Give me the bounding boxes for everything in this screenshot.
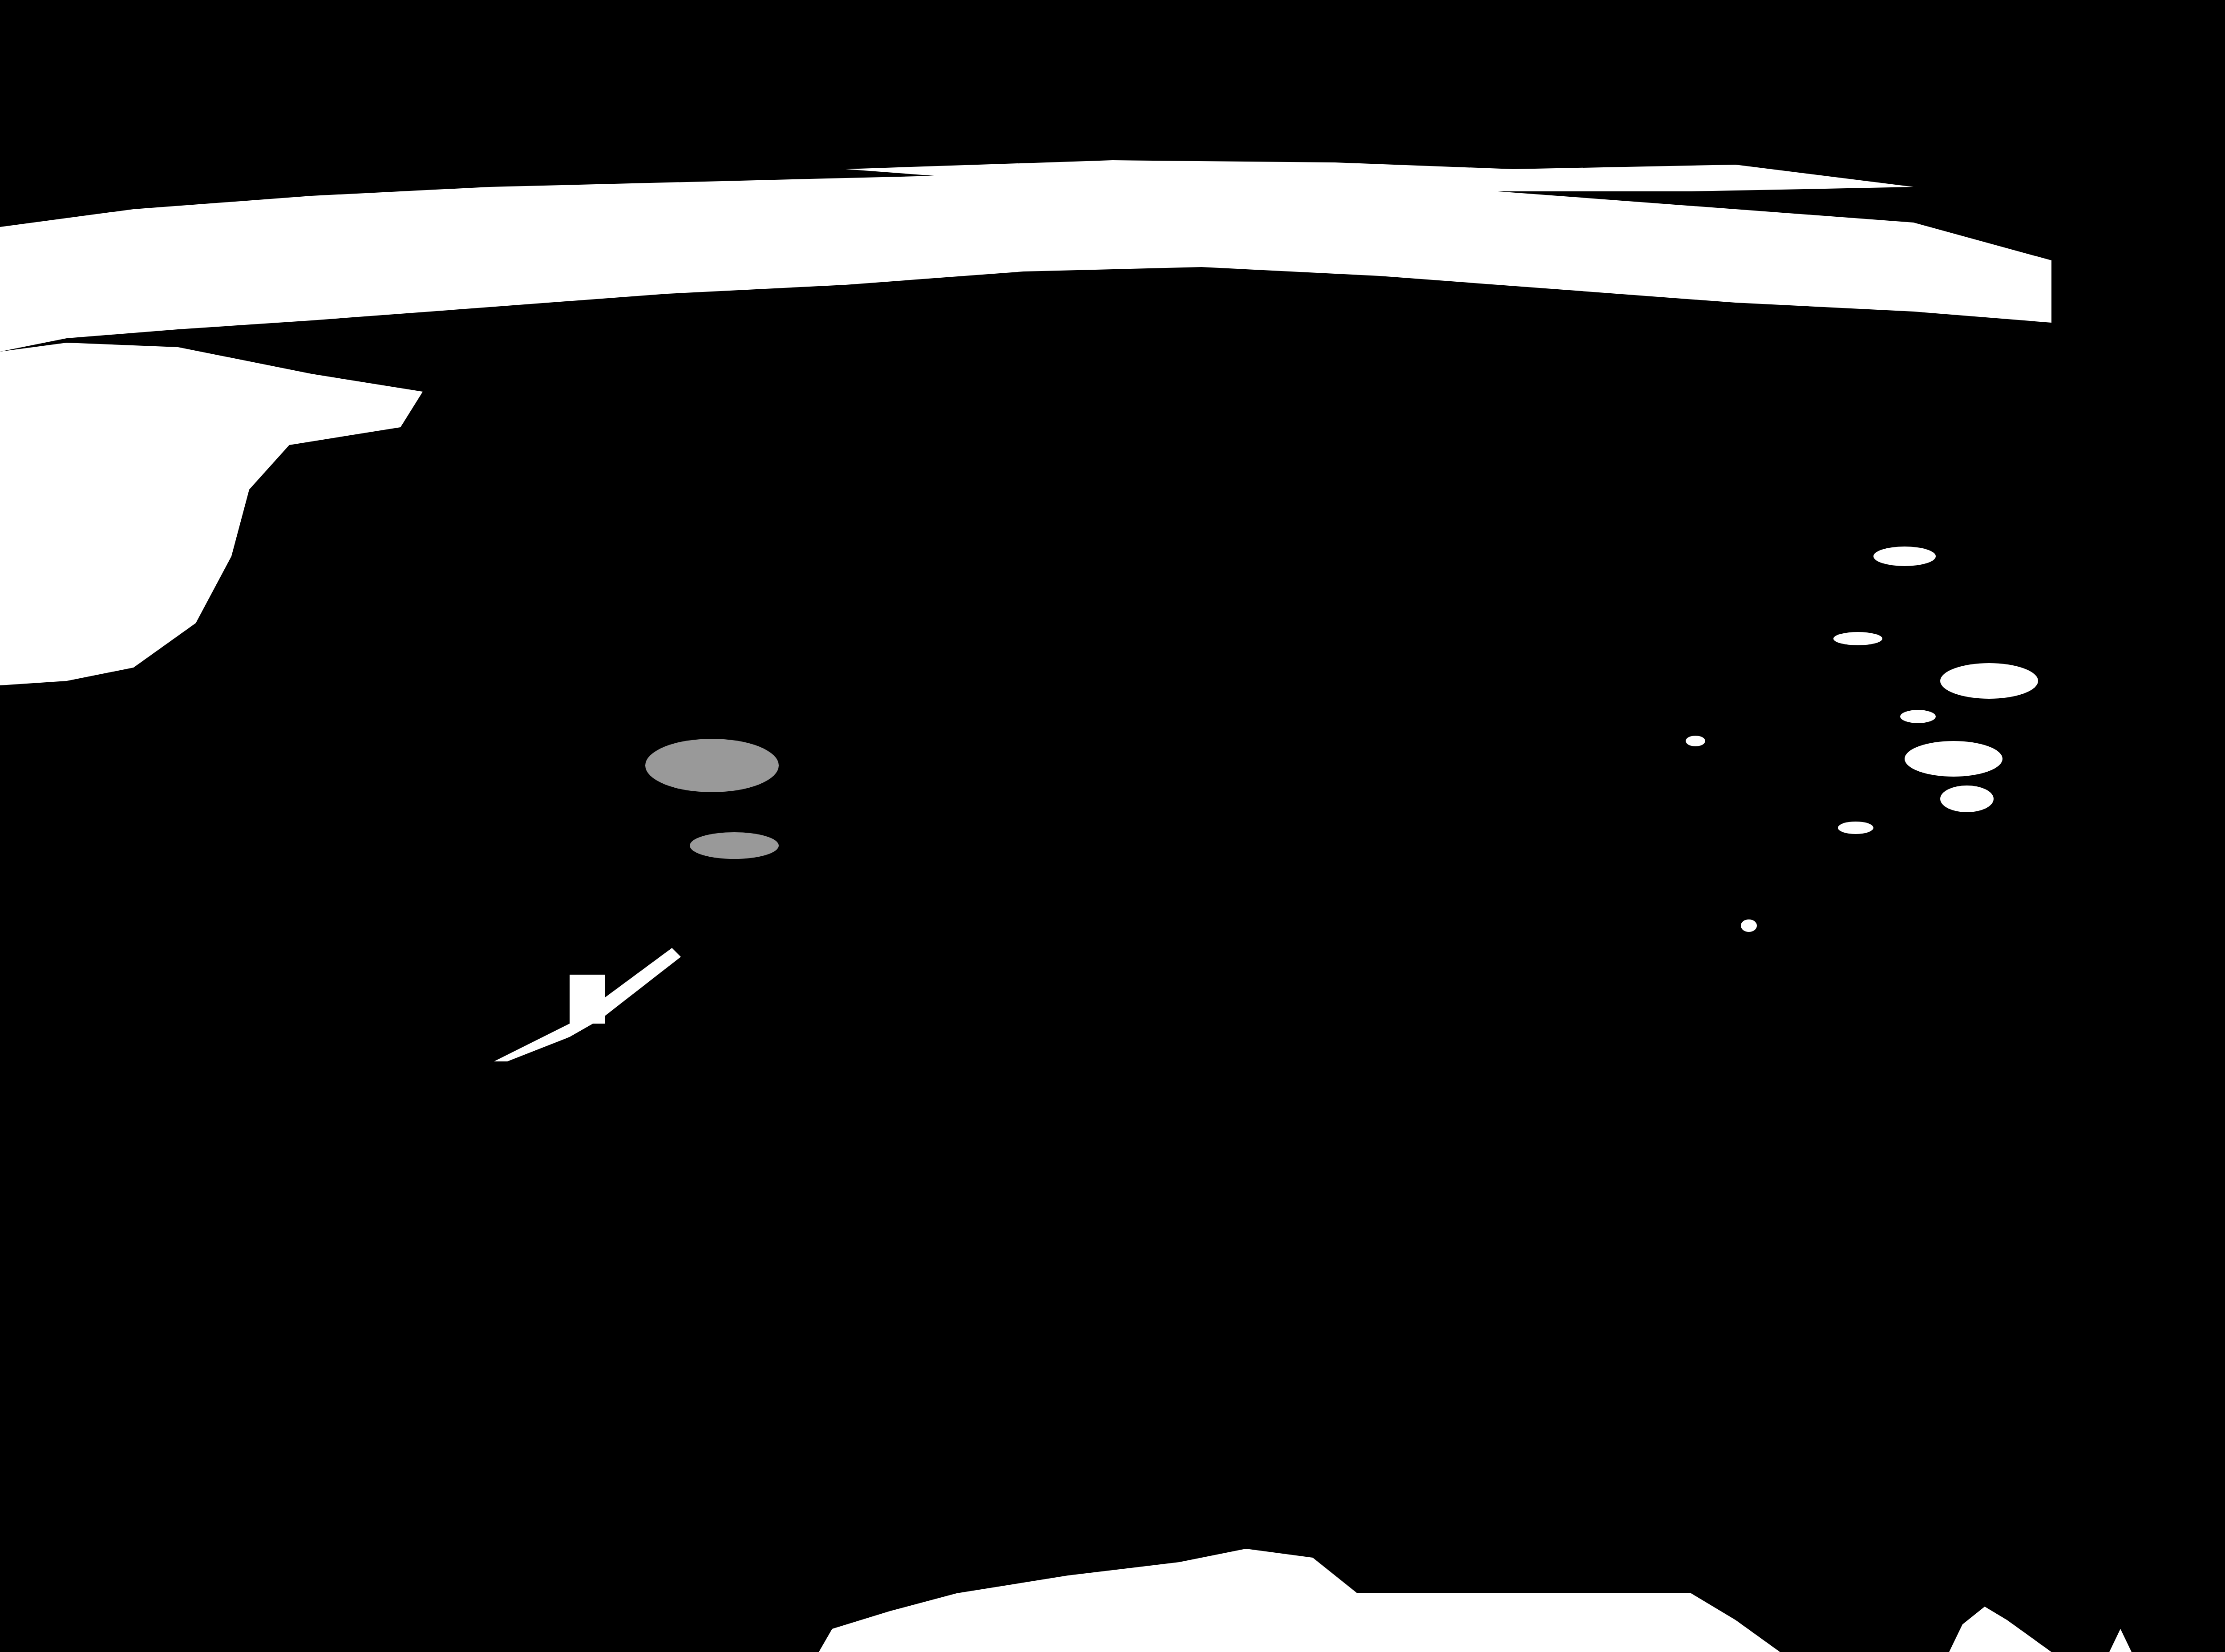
left-cloud-mass — [0, 343, 423, 685]
bottom-cloud-mass — [819, 1549, 1780, 1652]
cloud-mask-shapes — [0, 0, 2225, 1652]
mask-image — [0, 0, 2225, 1652]
top-cloud-band — [0, 174, 2051, 352]
